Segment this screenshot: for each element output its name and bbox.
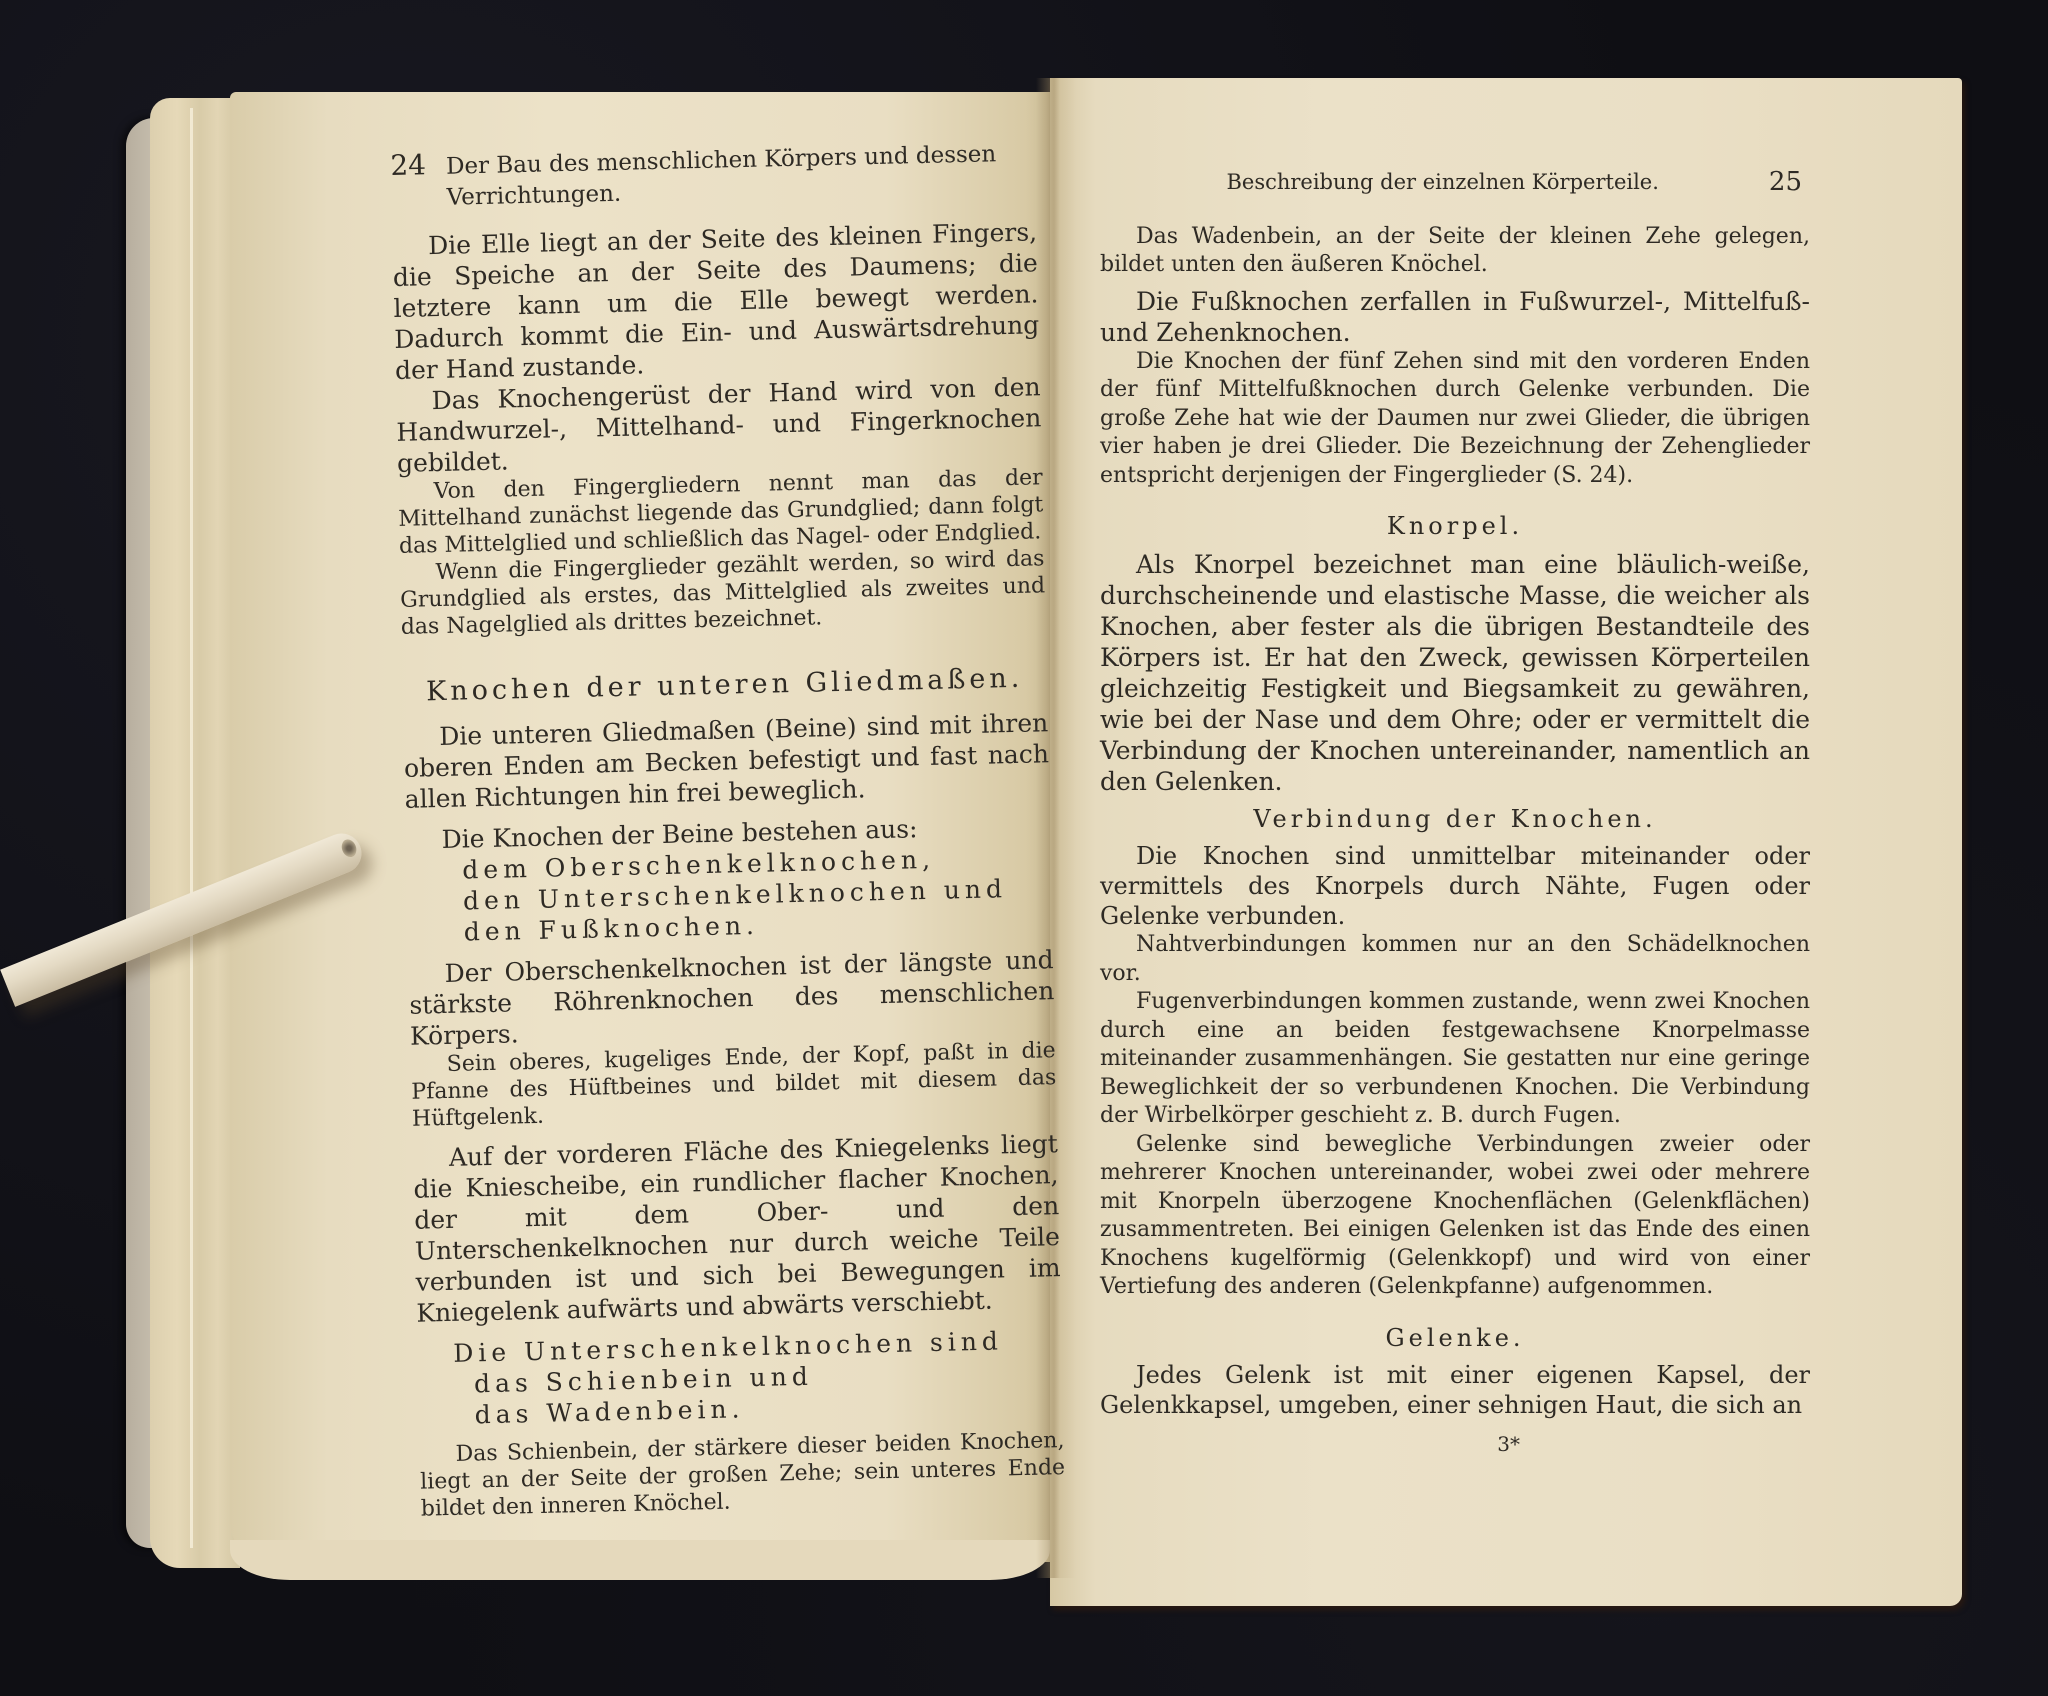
paragraph: Die Elle liegt an der Seite des kleinen … bbox=[392, 216, 1040, 386]
paragraph: Die Fußknochen zerfallen in Fußwurzel-, … bbox=[1100, 286, 1810, 348]
paragraph: Die Knochen sind unmittelbar miteinander… bbox=[1100, 841, 1810, 931]
right-page-text: Beschreibung der einzelnen Körperteile. … bbox=[1100, 168, 1810, 1459]
paragraph: Nahtverbindungen kommen nur an den Schäd… bbox=[1100, 931, 1810, 988]
paragraph: Auf der vorderen Fläche des Kniegelenks … bbox=[413, 1128, 1062, 1329]
section-heading: Knochen der unteren Gliedmaßen. bbox=[402, 662, 1048, 708]
paragraph: Als Knorpel bezeichnet man eine bläulich… bbox=[1100, 549, 1810, 797]
signature-mark: 3* bbox=[1100, 1430, 1810, 1459]
paragraph: Das Schienbein, der stärkere dieser beid… bbox=[419, 1427, 1066, 1523]
book-photo: 24 Der Bau des menschlichen Körpers und … bbox=[0, 0, 2048, 1696]
section-heading: Verbindung der Knochen. bbox=[1100, 805, 1810, 834]
running-head-title: Der Bau des menschlichen Körpers und des… bbox=[446, 138, 1037, 213]
running-head-title: Beschreibung der einzelnen Körperteile. bbox=[1226, 168, 1658, 197]
section-heading: Knorpel. bbox=[1100, 512, 1810, 541]
paragraph: Sein oberes, kugeliges Ende, der Kopf, p… bbox=[410, 1037, 1057, 1133]
paragraph: Der Oberschenkelknochen ist der längste … bbox=[408, 944, 1055, 1052]
section-heading: Gelenke. bbox=[1100, 1324, 1810, 1353]
paragraph: Die unteren Gliedmaßen (Beine) sind mit … bbox=[403, 707, 1050, 815]
paragraph: Gelenke sind bewegliche Verbindungen zwe… bbox=[1100, 1131, 1810, 1302]
left-running-head: 24 Der Bau des menschlichen Körpers und … bbox=[390, 135, 1036, 215]
paragraph: Die Knochen der fünf Zehen sind mit den … bbox=[1100, 348, 1810, 491]
paragraph: Fugenverbindungen kommen zustande, wenn … bbox=[1100, 988, 1810, 1131]
paragraph: Wenn die Fingerglieder gezählt werden, s… bbox=[399, 545, 1046, 641]
pointer-tip bbox=[339, 837, 359, 859]
page-number: 24 bbox=[390, 149, 426, 181]
right-running-head: Beschreibung der einzelnen Körperteile. … bbox=[1100, 168, 1810, 197]
paragraph: Das Wadenbein, an der Seite der kleinen … bbox=[1100, 223, 1810, 280]
paragraph: Das Knochengerüst der Hand wird von den … bbox=[395, 371, 1042, 479]
left-page-text: 24 Der Bau des menschlichen Körpers und … bbox=[390, 135, 1066, 1522]
paragraph: Jedes Gelenk ist mit einer eigenen Kapse… bbox=[1100, 1360, 1810, 1420]
paragraph: Von den Fingergliedern nennt man das der… bbox=[397, 464, 1044, 560]
page-stack bbox=[150, 98, 240, 1568]
page-number: 25 bbox=[1769, 168, 1802, 197]
